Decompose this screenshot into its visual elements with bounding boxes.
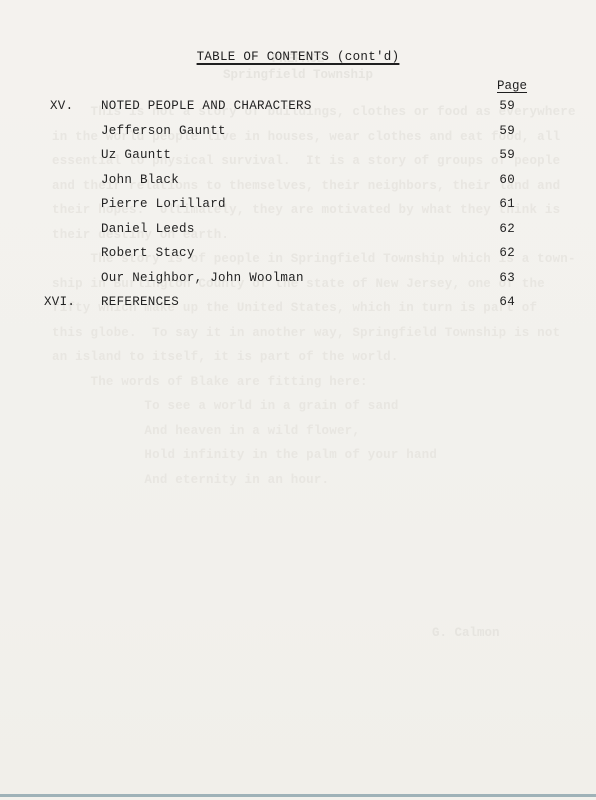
toc-entry: Our Neighbor, John Woolman63: [0, 271, 596, 296]
entry-page-number: 59: [485, 124, 515, 138]
entry-page-number: 59: [485, 148, 515, 162]
entry-label: Our Neighbor, John Woolman: [101, 271, 304, 285]
show-through-signature: G. Calmon: [432, 626, 500, 640]
entry-label: Uz Gauntt: [101, 148, 171, 162]
toc-entry: Uz Gauntt59: [0, 148, 596, 173]
entry-label: Pierre Lorillard: [101, 197, 226, 211]
entry-page-number: 64: [485, 295, 515, 309]
toc-entry: Robert Stacy62: [0, 246, 596, 271]
entry-page-number: 63: [485, 271, 515, 285]
toc-entry: John Black60: [0, 173, 596, 198]
entry-page-number: 62: [485, 246, 515, 260]
entry-label: REFERENCES: [101, 295, 179, 309]
title-text: TABLE OF CONTENTS (cont'd): [197, 50, 400, 64]
entry-label: Daniel Leeds: [101, 222, 195, 236]
entry-label: Jefferson Gauntt: [101, 124, 226, 138]
toc-entry: Jefferson Gauntt59: [0, 124, 596, 149]
entry-page-number: 62: [485, 222, 515, 236]
entry-page-number: 61: [485, 197, 515, 211]
entry-label: NOTED PEOPLE AND CHARACTERS: [101, 99, 312, 113]
toc-entry: XV.NOTED PEOPLE AND CHARACTERS59: [0, 99, 596, 124]
entry-page-number: 59: [485, 99, 515, 113]
section-numeral: XV.: [50, 99, 73, 113]
entry-page-number: 60: [485, 173, 515, 187]
toc-entry: Pierre Lorillard61: [0, 197, 596, 222]
page-column-header: Page: [497, 79, 527, 93]
entry-label: John Black: [101, 173, 179, 187]
document-page: PREFACE Springfield Township This is not…: [0, 0, 596, 797]
toc-entry: Daniel Leeds62: [0, 222, 596, 247]
entry-label: Robert Stacy: [101, 246, 195, 260]
page-edge: [0, 794, 596, 797]
toc-entry: XVI.REFERENCES64: [0, 295, 596, 320]
section-numeral: XVI.: [44, 295, 75, 309]
table-of-contents: XV.NOTED PEOPLE AND CHARACTERS59Jefferso…: [0, 99, 596, 320]
page-title: TABLE OF CONTENTS (cont'd): [0, 50, 596, 64]
